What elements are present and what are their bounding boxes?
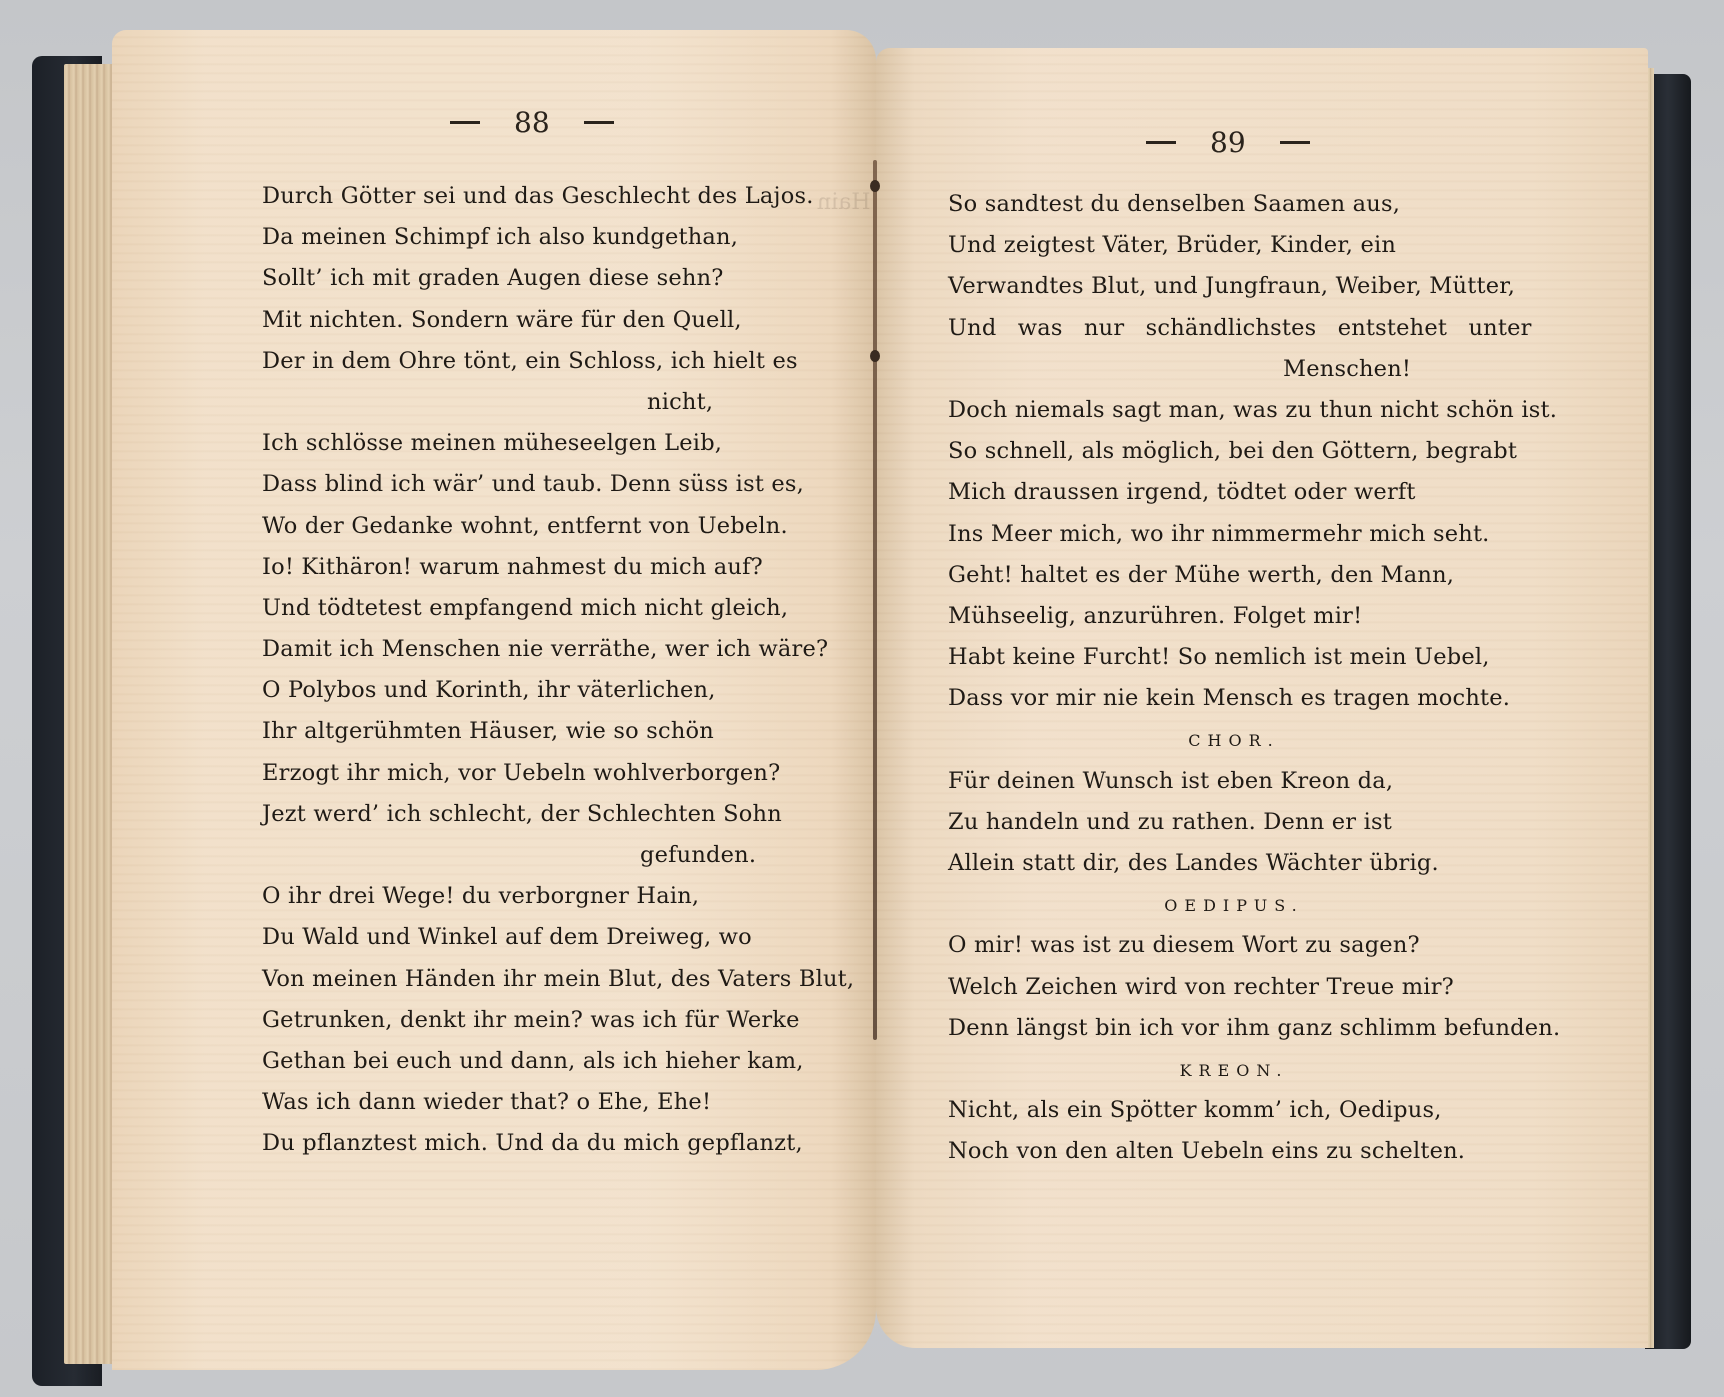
verse-line: Ich schlösse meinen müheseelgen Leib, bbox=[262, 423, 842, 464]
verse-line: O Polybos und Korinth, ihr väterlichen, bbox=[262, 670, 842, 711]
verse-line-carryover: gefunden. bbox=[262, 835, 842, 876]
folio-dash bbox=[584, 121, 614, 124]
verse-line: Zu handeln und zu rathen. Denn er ist bbox=[948, 802, 1520, 843]
verse-line: Allein statt dir, des Landes Wächter übr… bbox=[948, 843, 1520, 884]
verse-line: Welch Zeichen wird von rechter Treue mir… bbox=[948, 967, 1520, 1008]
verse-line: Du pflanztest mich. Und da du mich gepfl… bbox=[262, 1123, 842, 1164]
binding-stitch bbox=[870, 180, 880, 192]
speaker-heading-kreon: KREON. bbox=[948, 1049, 1520, 1090]
verse-text-block: Durch Götter sei und das Geschlecht des … bbox=[262, 176, 842, 1165]
verse-line-carryover: nicht, bbox=[262, 382, 842, 423]
verse-line: Für deinen Wunsch ist eben Kreon da, bbox=[948, 761, 1520, 802]
verse-line: Ihr altgerühmten Häuser, wie so schön bbox=[262, 711, 842, 752]
speaker-heading-oedipus: OEDIPUS. bbox=[948, 884, 1520, 925]
verse-line: Da meinen Schimpf ich also kundgethan, bbox=[262, 217, 842, 258]
verse-line: Habt keine Furcht! So nemlich ist mein U… bbox=[948, 637, 1520, 678]
verse-line: Damit ich Menschen nie verräthe, wer ich… bbox=[262, 629, 842, 670]
verse-line-carryover: Menschen! bbox=[948, 349, 1520, 390]
speaker-heading-chor: CHOR. bbox=[948, 719, 1520, 760]
verse-line: Von meinen Händen ihr mein Blut, des Vat… bbox=[262, 959, 842, 1000]
verse-line: Dass vor mir nie kein Mensch es tragen m… bbox=[948, 678, 1520, 719]
binding-stitch bbox=[870, 350, 880, 362]
verse-line: Erzogt ihr mich, vor Uebeln wohlverborge… bbox=[262, 753, 842, 794]
page-header-left: 88 bbox=[450, 106, 614, 139]
verse-line: Und zeigtest Väter, Brüder, Kinder, ein bbox=[948, 225, 1520, 266]
verse-line: Doch niemals sagt man, was zu thun nicht… bbox=[948, 390, 1520, 431]
verse-line: Gethan bei euch und dann, als ich hieher… bbox=[262, 1041, 842, 1082]
verse-line: Was ich dann wieder that? o Ehe, Ehe! bbox=[262, 1082, 842, 1123]
verse-line: Sollt’ ich mit graden Augen diese sehn? bbox=[262, 258, 842, 299]
verse-line: So schnell, als möglich, bei den Göttern… bbox=[948, 431, 1520, 472]
verse-line: Denn längst bin ich vor ihm ganz schlimm… bbox=[948, 1008, 1520, 1049]
verse-line: Und tödtetest empfangend mich nicht glei… bbox=[262, 588, 842, 629]
verse-line: Durch Götter sei und das Geschlecht des … bbox=[262, 176, 842, 217]
verse-line: Getrunken, denkt ihr mein? was ich für W… bbox=[262, 1000, 842, 1041]
folio-dash bbox=[1280, 141, 1310, 144]
verse-line: O ihr drei Wege! du verborgner Hain, bbox=[262, 876, 842, 917]
verse-line: Noch von den alten Uebeln eins zu schelt… bbox=[948, 1131, 1520, 1172]
page-number: 89 bbox=[1210, 126, 1246, 159]
verse-line: Geht! haltet es der Mühe werth, den Mann… bbox=[948, 555, 1520, 596]
page-header-right: 89 bbox=[1146, 126, 1310, 159]
open-book-photo: Hain 88 Durch Götter sei und das Geschle… bbox=[0, 0, 1724, 1397]
folio-dash bbox=[1146, 141, 1176, 144]
verse-line: Dass blind ich wär’ und taub. Denn süss … bbox=[262, 464, 842, 505]
verse-line: O mir! was ist zu diesem Wort zu sagen? bbox=[948, 925, 1520, 966]
verse-line: Verwandtes Blut, und Jungfraun, Weiber, … bbox=[948, 266, 1520, 307]
verse-line: Mich draussen irgend, tödtet oder werft bbox=[948, 472, 1520, 513]
page-number: 88 bbox=[514, 106, 550, 139]
left-page: Hain 88 Durch Götter sei und das Geschle… bbox=[112, 30, 876, 1370]
page-edges-left bbox=[64, 64, 118, 1364]
verse-line: Der in dem Ohre tönt, ein Schloss, ich h… bbox=[262, 341, 842, 382]
verse-line: Jezt werd’ ich schlecht, der Schlechten … bbox=[262, 794, 842, 835]
verse-text-block: So sandtest du denselben Saamen aus, Und… bbox=[948, 184, 1520, 1173]
right-page: 89 So sandtest du denselben Saamen aus, … bbox=[876, 48, 1648, 1348]
verse-line: Und was nur schändlichstes entstehet unt… bbox=[948, 308, 1520, 349]
verse-line: Mühseelig, anzurühren. Folget mir! bbox=[948, 596, 1520, 637]
verse-line: Nicht, als ein Spötter komm’ ich, Oedipu… bbox=[948, 1090, 1520, 1131]
folio-dash bbox=[450, 121, 480, 124]
verse-line: Mit nichten. Sondern wäre für den Quell, bbox=[262, 300, 842, 341]
verse-line: Io! Kithäron! warum nahmest du mich auf? bbox=[262, 547, 842, 588]
binding-gutter bbox=[873, 160, 877, 1040]
verse-line: Ins Meer mich, wo ihr nimmermehr mich se… bbox=[948, 514, 1520, 555]
verse-line: Du Wald und Winkel auf dem Dreiweg, wo bbox=[262, 917, 842, 958]
verse-line: So sandtest du denselben Saamen aus, bbox=[948, 184, 1520, 225]
verse-line: Wo der Gedanke wohnt, entfernt von Uebel… bbox=[262, 506, 842, 547]
